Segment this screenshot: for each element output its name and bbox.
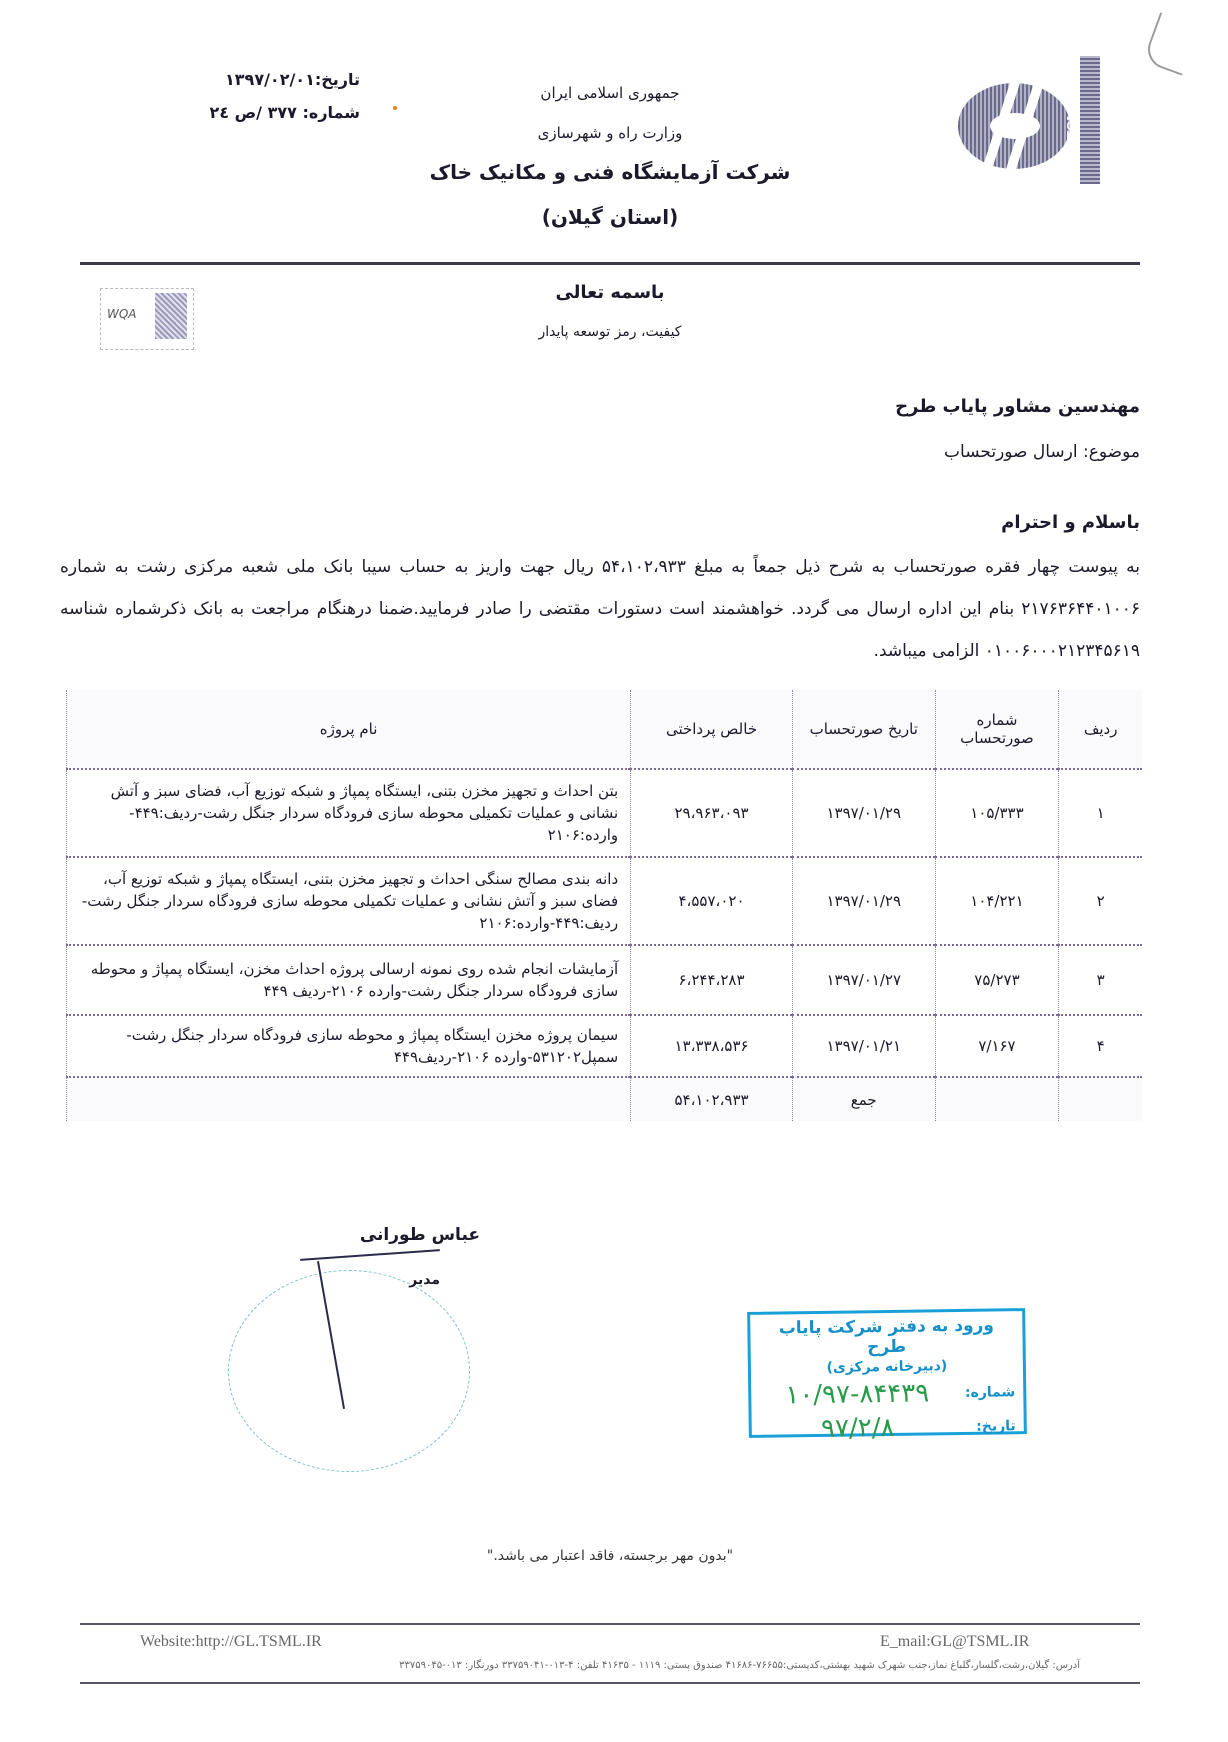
table-row: ۲ ۱۰۴/۲۲۱ ۱۳۹۷/۰۱/۲۹ ۴،۵۵۷،۰۲۰ دانه بندی… [67, 857, 1143, 945]
cell-invoice-number: ۱۰۴/۲۲۱ [935, 857, 1059, 945]
cell-net-payment: ۴،۵۵۷،۰۲۰ [631, 857, 793, 945]
subject: موضوع: ارسال صورتحساب [700, 442, 1140, 462]
cell-invoice-number: ۷/۱۶۷ [935, 1015, 1059, 1077]
header-project-name: نام پروژه [67, 690, 631, 769]
stamp-number-label: شماره: [955, 1384, 1015, 1401]
table-row: ۳ ۷۵/۲۷۳ ۱۳۹۷/۰۱/۲۷ ۶،۲۴۴،۲۸۳ آزمایشات ا… [67, 945, 1143, 1015]
receipt-stamp: ورود به دفتر شرکت پایاب طرح (دبیرخانه مر… [747, 1308, 1027, 1438]
validity-note: "بدون مهر برجسته، فاقد اعتبار می باشد." [380, 1548, 840, 1564]
date-line: تاریخ:۱۳۹۷/۰۲/۰۱ [160, 70, 360, 89]
cell-row: ۲ [1059, 857, 1142, 945]
header-row-number: ردیف [1059, 690, 1142, 769]
signatory-title: مدیر [360, 1272, 440, 1288]
stamp-title: ورود به دفتر شرکت پایاب طرح [758, 1315, 1015, 1359]
cell-invoice-number: ۷۵/۲۷۳ [935, 945, 1059, 1015]
date-label: تاریخ: [315, 70, 360, 89]
handwritten-mark [1142, 12, 1199, 75]
header-divider [80, 262, 1140, 265]
total-value: ۵۴،۱۰۲،۹۳۳ [631, 1077, 793, 1121]
footer-email[interactable]: E_mail:GL@TSML.IR [880, 1633, 1029, 1651]
footer-website[interactable]: Website:http://GL.TSML.IR [140, 1633, 322, 1651]
wqa-logo: WQA [100, 288, 194, 350]
stamp-date-label: تاریخ: [956, 1418, 1016, 1435]
cell-row: ۱ [1059, 769, 1142, 857]
cell-row: ۳ [1059, 945, 1142, 1015]
cell-empty [935, 1077, 1059, 1121]
footer-divider-top [80, 1623, 1140, 1625]
cell-invoice-date: ۱۳۹۷/۰۱/۲۷ [792, 945, 935, 1015]
tsml-logo: TSML [958, 48, 1133, 188]
stamp-number-value: ۱۰/۹۷-۸۴۴۳۹ [759, 1378, 955, 1411]
cell-empty [67, 1077, 631, 1121]
cell-net-payment: ۱۳،۳۳۸،۵۳۶ [631, 1015, 793, 1077]
invocation: باسمه تعالی [420, 282, 800, 303]
stamp-date-row: تاریخ: ۹۷/۲/۸ [760, 1411, 1016, 1445]
footer-address: آدرس: گیلان،رشت،گلسار،گلباغ نماز،جنب شهر… [130, 1660, 1080, 1671]
header-invoice-date: تاریخ صورتحساب [792, 690, 935, 769]
ministry-name: وزارت راه و شهرسازی [420, 124, 800, 142]
cell-project-name: بتن احداث و تجهیز مخزن بتنی، ایستگاه پمپ… [67, 769, 631, 857]
total-label: جمع [792, 1077, 935, 1121]
company-seal [228, 1270, 470, 1472]
company-name: شرکت آزمایشگاه فنی و مکانیک خاک [420, 160, 800, 184]
footer-divider-bottom [80, 1682, 1140, 1684]
logo-text: TSML [1064, 99, 1081, 140]
signature-stroke [300, 1249, 440, 1261]
header-invoice-number: شماره صورتحساب [935, 690, 1059, 769]
cell-project-name: سیمان پروژه مخزن ایستگاه پمپاژ و محوطه س… [67, 1015, 631, 1077]
cell-invoice-date: ۱۳۹۷/۰۱/۲۹ [792, 857, 935, 945]
table-total-row: جمع ۵۴،۱۰۲،۹۳۳ [67, 1077, 1143, 1121]
greeting: باسلام و احترام [700, 512, 1140, 533]
province-name: (استان گیلان) [420, 205, 800, 229]
logo-bar: TSML [1080, 56, 1100, 184]
stamp-subtitle: (دبیرخانه مرکزی) [759, 1357, 1015, 1377]
table-header-row: ردیف شماره صورتحساب تاریخ صورتحساب خالص … [67, 690, 1143, 769]
recipient: مهندسین مشاور پایاب طرح [700, 396, 1140, 417]
cell-invoice-date: ۱۳۹۷/۰۱/۲۹ [792, 769, 935, 857]
cell-net-payment: ۶،۲۴۴،۲۸۳ [631, 945, 793, 1015]
wqa-badge-icon [155, 293, 187, 339]
cell-empty [1059, 1077, 1142, 1121]
cell-invoice-number: ۱۰۵/۳۳۳ [935, 769, 1059, 857]
number-value: ۳۷۷ /ص ۲٤ [210, 103, 297, 122]
number-line: شماره: ۳۷۷ /ص ۲٤ [160, 103, 360, 122]
cell-project-name: آزمایشات انجام شده روی نمونه ارسالی پروژ… [67, 945, 631, 1015]
cell-row: ۴ [1059, 1015, 1142, 1077]
cell-net-payment: ۲۹،۹۶۳،۰۹۳ [631, 769, 793, 857]
table-row: ۱ ۱۰۵/۳۳۳ ۱۳۹۷/۰۱/۲۹ ۲۹،۹۶۳،۰۹۳ بتن احدا… [67, 769, 1143, 857]
number-label: شماره: [302, 103, 360, 122]
header-net-payment: خالص پرداختی [631, 690, 793, 769]
stamp-number-row: شماره: ۱۰/۹۷-۸۴۴۳۹ [759, 1377, 1015, 1411]
table-row: ۴ ۷/۱۶۷ ۱۳۹۷/۰۱/۲۱ ۱۳،۳۳۸،۵۳۶ سیمان پروژ… [67, 1015, 1143, 1077]
letter-meta: تاریخ:۱۳۹۷/۰۲/۰۱ شماره: ۳۷۷ /ص ۲٤ [160, 70, 360, 136]
body-paragraph: به پیوست چهار فقره صورتحساب به شرح ذیل ج… [60, 546, 1140, 672]
country-name: جمهوری اسلامی ایران [420, 84, 800, 102]
ink-dot [393, 106, 397, 110]
wqa-text: WQA [107, 307, 137, 321]
invoice-table: ردیف شماره صورتحساب تاریخ صورتحساب خالص … [66, 690, 1142, 1121]
date-value: ۱۳۹۷/۰۲/۰۱ [225, 70, 315, 89]
cell-project-name: دانه بندی مصالح سنگی احداث و تجهیز مخزن … [67, 857, 631, 945]
cell-invoice-date: ۱۳۹۷/۰۱/۲۱ [792, 1015, 935, 1077]
signatory-name: عباس طورانی [320, 1225, 480, 1245]
stamp-date-value: ۹۷/۲/۸ [760, 1412, 956, 1445]
motto: کیفیت، رمز توسعه پایدار [420, 324, 800, 340]
